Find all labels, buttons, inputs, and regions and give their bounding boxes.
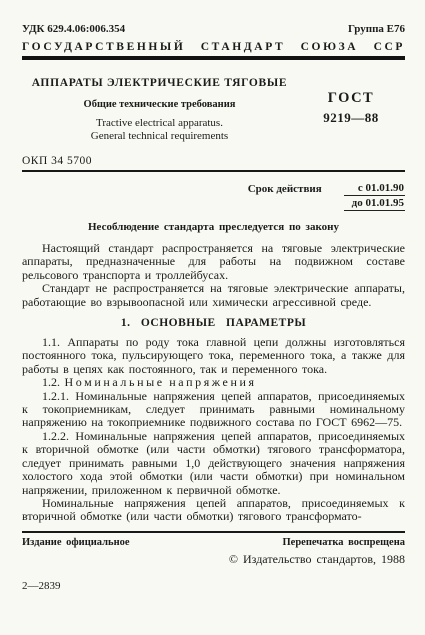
clause-1-2-2-continuation: Номинальные напряжения цепей аппаратов, … xyxy=(22,497,405,524)
print-order-number: 2—2839 xyxy=(22,580,405,592)
clause-1-2-1: 1.2.1. Номинальные напряжения цепей аппа… xyxy=(22,390,405,430)
clause-1-2-heading: 1.2. Номинальные напряжения xyxy=(22,376,405,389)
gost-number: 9219—88 xyxy=(297,110,405,126)
title-block: АППАРАТЫ ЭЛЕКТРИЧЕСКИЕ ТЯГОВЫЕ Общие тех… xyxy=(22,77,405,142)
clause-1-2-number: 1.2. xyxy=(42,375,60,389)
state-standard-title: ГОСУДАРСТВЕННЫЙ СТАНДАРТ СОЮЗА ССР xyxy=(22,41,405,53)
document-title-en-line1: Tractive electrical apparatus. xyxy=(22,117,297,130)
footer-row: Издание официальное Перепечатка воспреще… xyxy=(22,537,405,548)
header-divider-bar xyxy=(22,56,405,60)
document-title-ru: АППАРАТЫ ЭЛЕКТРИЧЕСКИЕ ТЯГОВЫЕ xyxy=(22,77,297,89)
validity-to-date: до 01.01.95 xyxy=(344,197,405,211)
footer-rule xyxy=(22,531,405,533)
clause-1-2-2: 1.2.2. Номинальные напряжения цепей аппа… xyxy=(22,430,405,497)
document-title-en: Tractive electrical apparatus. General t… xyxy=(22,117,297,142)
copyright-line: © Издательство стандартов, 1988 xyxy=(22,552,405,567)
validity-period: Срок действия с 01.01.90 до 01.01.95 xyxy=(22,182,405,211)
clause-1-2-title: Номинальные напряжения xyxy=(65,375,257,389)
gost-standard-page: УДК 629.4.06:006.354 Группа Е76 ГОСУДАРС… xyxy=(0,0,425,635)
udk-number: УДК 629.4.06:006.354 xyxy=(22,23,125,35)
validity-label: Срок действия xyxy=(248,182,322,195)
document-subtitle-ru: Общие технические требования xyxy=(22,99,297,110)
official-edition-label: Издание официальное xyxy=(22,537,130,548)
group-code: Группа Е76 xyxy=(348,23,405,35)
okp-code: ОКП 34 5700 xyxy=(22,155,405,167)
reprint-prohibited-label: Перепечатка воспрещена xyxy=(283,537,405,548)
validity-dates: с 01.01.90 до 01.01.95 xyxy=(344,182,405,211)
intro-paragraph-1: Настоящий стандарт распространяется на т… xyxy=(22,242,405,282)
divider-rule xyxy=(22,170,405,172)
law-notice: Несоблюдение стандарта преследуется по з… xyxy=(22,221,405,233)
document-body: Настоящий стандарт распространяется на т… xyxy=(22,242,405,524)
clause-1-1: 1.1. Аппараты по роду тока главной цепи … xyxy=(22,336,405,376)
title-left-column: АППАРАТЫ ЭЛЕКТРИЧЕСКИЕ ТЯГОВЫЕ Общие тех… xyxy=(22,77,297,142)
document-title-en-line2: General technical requirements xyxy=(22,130,297,143)
header-row: УДК 629.4.06:006.354 Группа Е76 xyxy=(22,23,405,35)
gost-designation: ГОСТ 9219—88 xyxy=(297,77,405,142)
intro-paragraph-2: Стандарт не распространяется на тяговые … xyxy=(22,282,405,309)
section-1-heading: 1. ОСНОВНЫЕ ПАРАМЕТРЫ xyxy=(22,317,405,329)
gost-label: ГОСТ xyxy=(297,90,405,107)
validity-from-date: с 01.01.90 xyxy=(344,182,405,196)
